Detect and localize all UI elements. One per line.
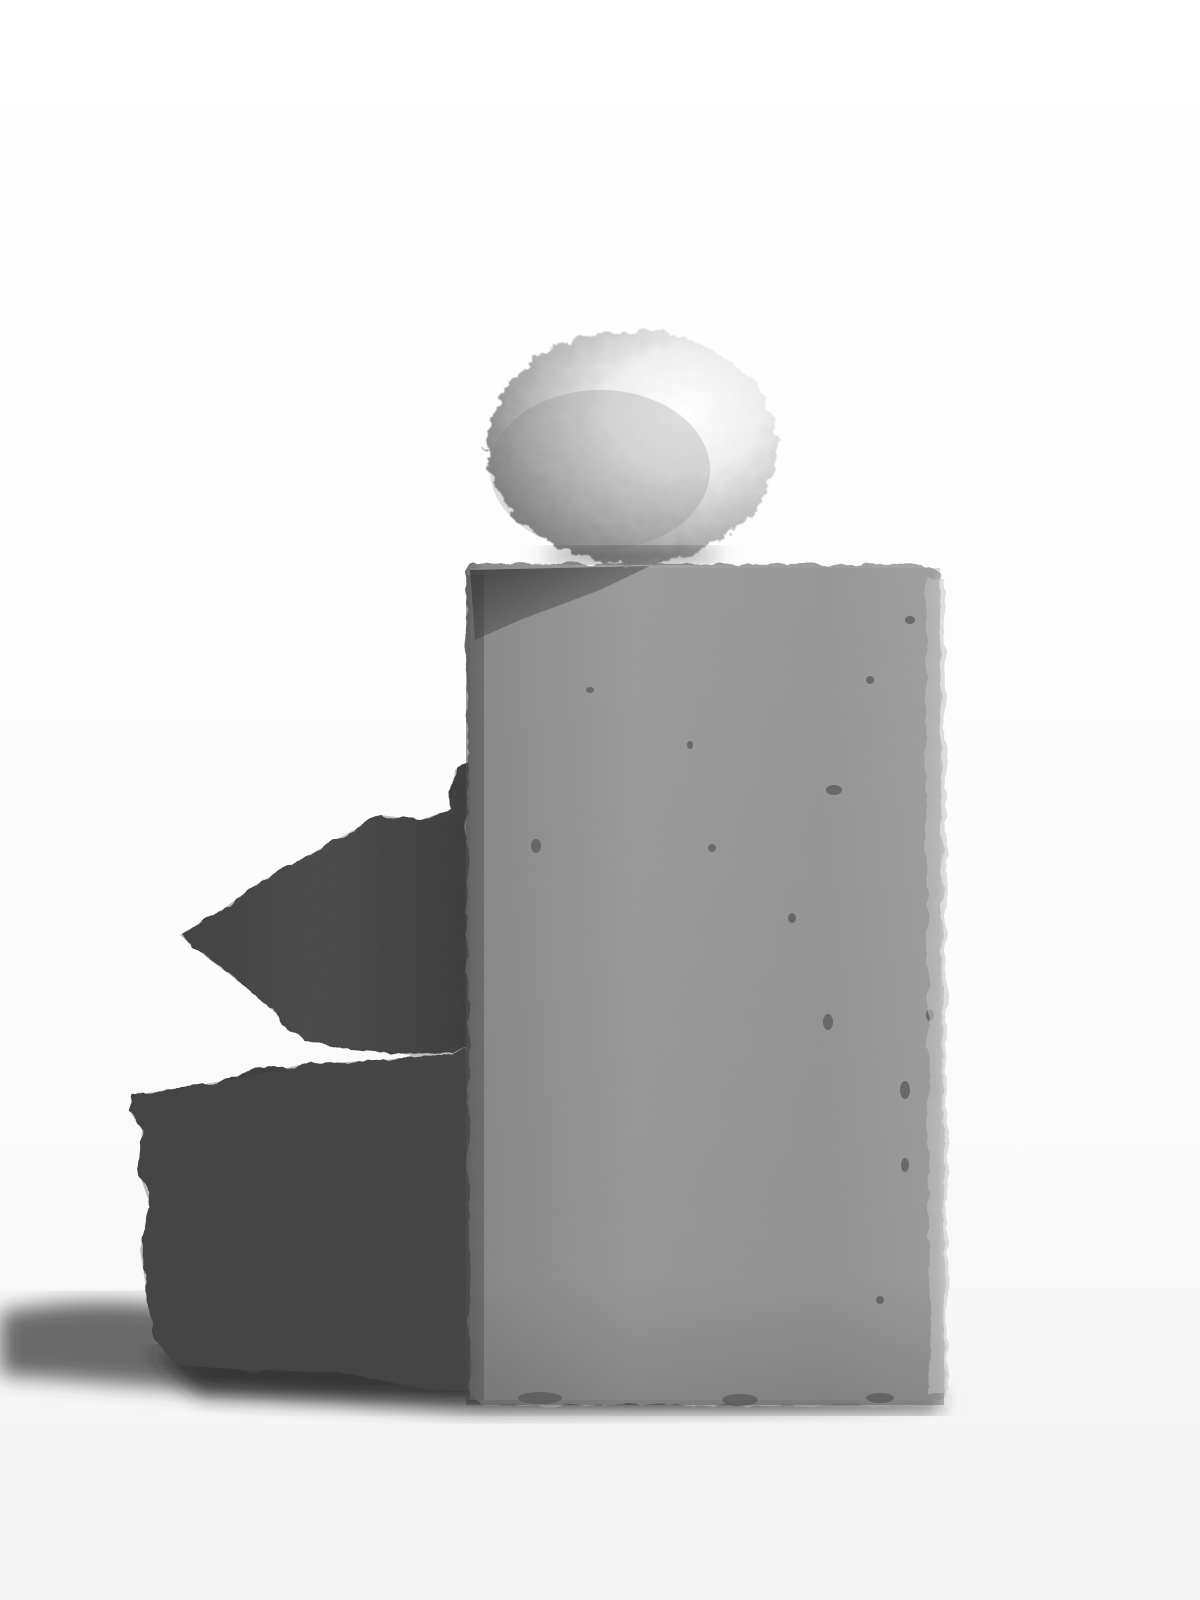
rectangular-block: [466, 563, 948, 1406]
drawing-canvas: [0, 0, 1200, 1600]
still-life-drawing: [0, 0, 1200, 1600]
textured-sphere: [487, 330, 777, 564]
slab-texture: [130, 760, 475, 1395]
